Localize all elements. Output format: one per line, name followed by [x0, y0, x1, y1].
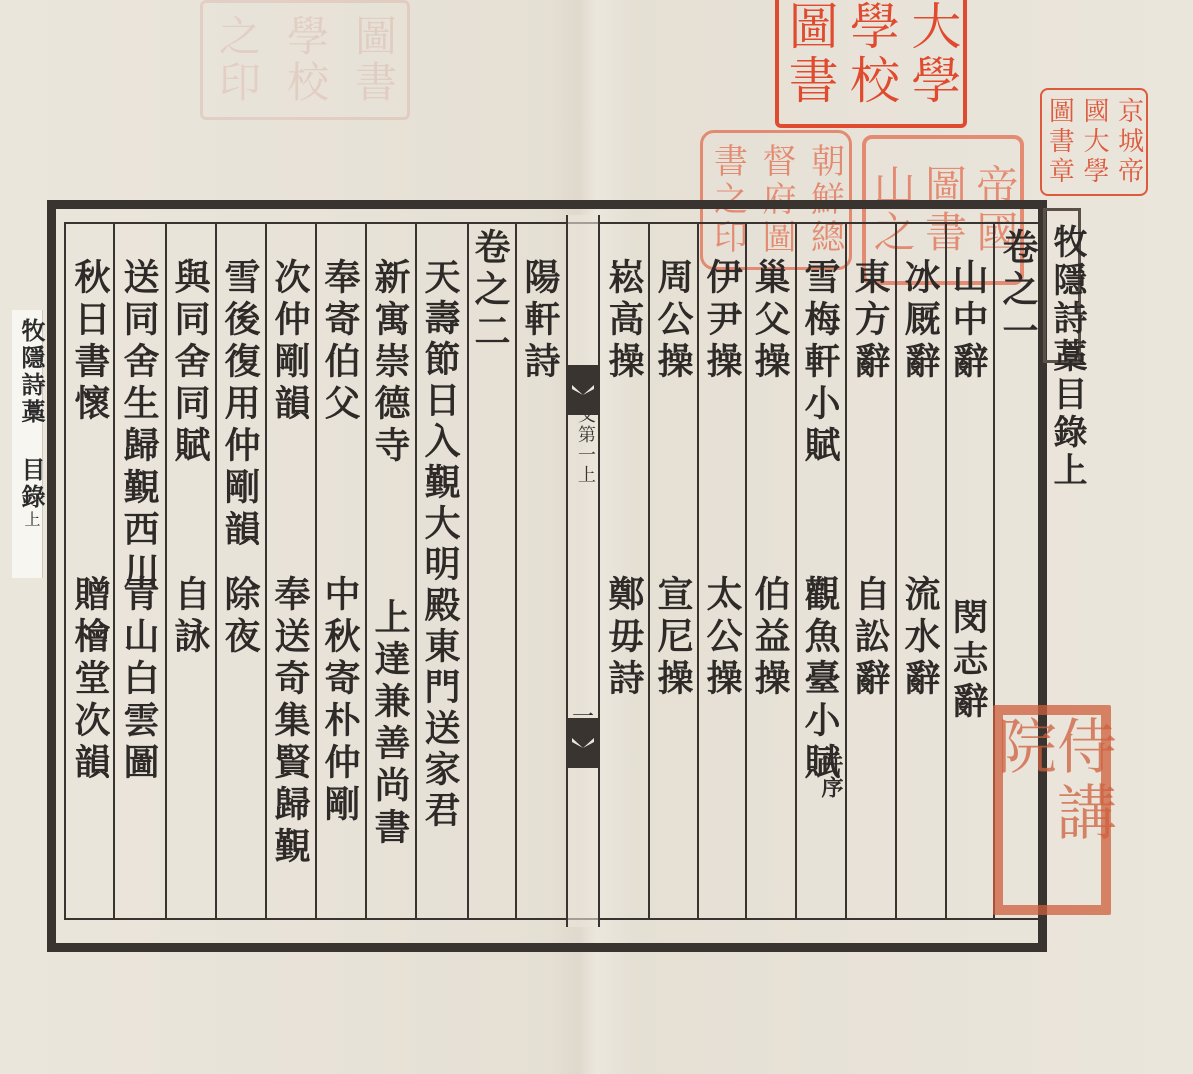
- toc-entry: 奉送奇集賢歸覲: [272, 575, 308, 869]
- fold-abbreviation: 文第一上: [572, 405, 598, 485]
- label-slip-text: 牧隱詩藁 目錄上: [14, 318, 49, 530]
- column-rule: [745, 224, 747, 918]
- column-rule: [265, 224, 267, 918]
- toc-entry: 太公操: [704, 575, 740, 701]
- seal-top-left-faint: 圖書 學校 之印: [200, 0, 410, 120]
- toc-entry: 伯益操: [752, 575, 788, 701]
- toc-entry: 次仲剛韻: [272, 258, 308, 426]
- toc-entry: 自詠: [172, 575, 208, 659]
- column-rule: [795, 224, 797, 918]
- seal-text: 學校: [846, 0, 896, 108]
- column-rule: [215, 224, 217, 918]
- toc-entry: 天壽節日入覲大明殿東門送家君: [422, 258, 458, 832]
- column-rule: [315, 224, 317, 918]
- seal-text: 圖書: [352, 14, 394, 106]
- center-fold: [566, 215, 600, 927]
- column-rule: [415, 224, 417, 918]
- seal-text: 京城帝: [1116, 97, 1142, 187]
- toc-entry: 東方辭: [852, 258, 888, 384]
- seal-text: 國大學: [1081, 97, 1107, 187]
- seal-text: 圖書章: [1046, 97, 1072, 187]
- seal-top-center: 大學 學校 圖書: [775, 0, 967, 128]
- toc-entry: 秋日書懷: [72, 258, 108, 426]
- column-rule: [515, 224, 517, 918]
- toc-entry: 雪梅軒小賦: [802, 258, 838, 468]
- toc-entry: 雪後復用仲剛韻: [222, 258, 258, 552]
- toc-entry: 自訟辭: [852, 575, 888, 701]
- toc-entry: 崧高操: [606, 258, 642, 384]
- seal-sijiangwon: 侍講院: [993, 705, 1111, 915]
- toc-entry: 中秋寄朴仲剛: [322, 575, 358, 827]
- column-rule: [165, 224, 167, 918]
- seal-text: 圖書: [785, 0, 835, 108]
- seal-text: 侍講院: [992, 715, 1112, 905]
- column-rule: [845, 224, 847, 918]
- label-slip-part: 上: [22, 511, 41, 530]
- volume-heading: 卷之二: [472, 228, 508, 354]
- column-rule: [365, 224, 367, 918]
- toc-entry: 與同舍同賦: [172, 258, 208, 468]
- column-rule: [113, 224, 115, 918]
- toc-entry: 奉寄伯父: [322, 258, 358, 426]
- seal-keijo-imperial-university: 京城帝 國大學 圖書章: [1040, 88, 1148, 196]
- column-rule: [697, 224, 699, 918]
- toc-entry: 送同舍生歸覲西川: [121, 258, 157, 594]
- toc-entry: 宣尼操: [655, 575, 691, 701]
- toc-entry: 青山白雲圖: [121, 575, 157, 785]
- toc-entry-note: 并序: [820, 752, 842, 800]
- column-rule: [895, 224, 897, 918]
- label-slip-section: 目錄: [17, 457, 45, 511]
- column-rule: [648, 224, 650, 918]
- toc-entry: 鄭毋詩: [606, 575, 642, 701]
- toc-entry: 新寓崇德寺: [372, 258, 408, 468]
- toc-entry: 閔志辭: [950, 598, 986, 724]
- label-slip-title: 牧隱詩藁: [17, 318, 45, 426]
- toc-entry: 周公操: [655, 258, 691, 384]
- seal-text: 大學: [907, 0, 957, 108]
- toc-entry: 流水辭: [902, 575, 938, 701]
- toc-entry: 山中辭: [950, 258, 986, 384]
- toc-entry: 上達兼善尚書: [372, 598, 408, 850]
- volume-subheading: 陽軒詩: [522, 258, 558, 384]
- toc-entry: 伊尹操: [704, 258, 740, 384]
- seal-text: 之印: [216, 14, 258, 106]
- lower-fishtail-ornament: [568, 718, 598, 768]
- page-title: 牧隱詩藁目錄上: [1050, 224, 1084, 490]
- toc-entry: 除夜: [222, 575, 258, 659]
- seal-text: 學校: [284, 14, 326, 106]
- volume-heading: 卷之一: [1000, 228, 1036, 354]
- toc-entry: 贈檜堂次韻: [72, 575, 108, 785]
- toc-entry: 冰厩辭: [902, 258, 938, 384]
- toc-entry: 巢父操: [752, 258, 788, 384]
